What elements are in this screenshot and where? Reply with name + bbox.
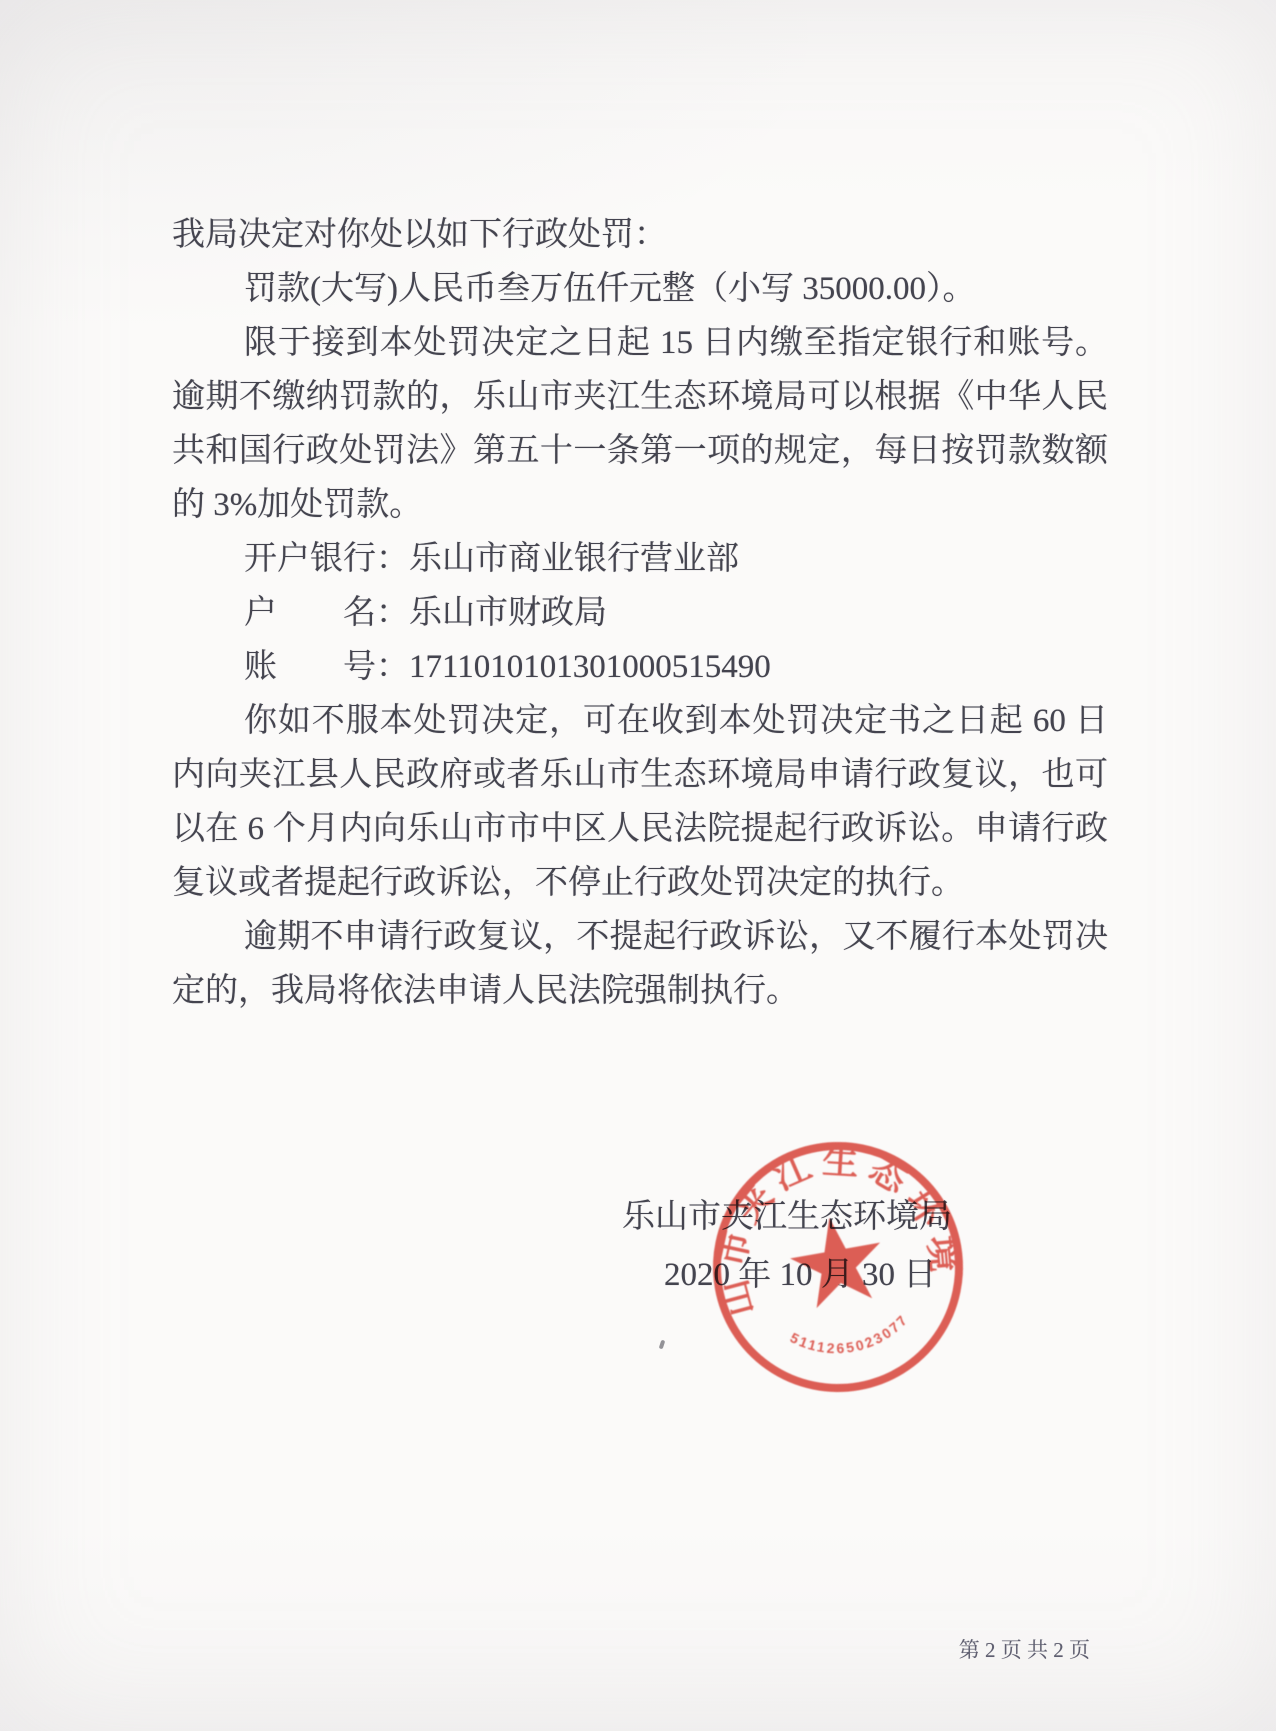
text-line: 限于接到本处罚决定之日起 15 日内缴至指定银行和账号。 [172,316,1108,370]
official-stamp-icon: 乐山市夹江生态环境局 5111265023077 [687,1116,988,1417]
text-line: 逾期不缴纳罚款的，乐山市夹江生态环境局可以根据《中华人民 [172,370,1108,424]
text-line: 账 号：1711010101301000515490 [172,640,1108,694]
scan-speck [659,1340,666,1350]
text-line: 逾期不申请行政复议，不提起行政诉讼，又不履行本处罚决 [172,910,1108,964]
text-line: 你如不服本处罚决定，可在收到本处罚决定书之日起 60 日 [172,694,1108,748]
text-line: 定的，我局将依法申请人民法院强制执行。 [172,964,1108,1018]
text-line: 以在 6 个月内向乐山市市中区人民法院提起行政诉讼。申请行政 [172,802,1108,856]
text-line: 户 名：乐山市财政局 [172,586,1108,640]
footer-page-indicator: 第 2 页 共 2 页 [959,1634,1090,1664]
scanned-document-page: 我局决定对你处以如下行政处罚：罚款(大写)人民币叁万伍仟元整（小写 35000.… [0,0,1276,1731]
stamp-star-icon [784,1210,889,1311]
text-line: 开户银行：乐山市商业银行营业部 [172,532,1108,586]
text-line: 复议或者提起行政诉讼，不停止行政处罚决定的执行。 [172,856,1108,910]
text-line: 的 3%加处罚款。 [172,478,1108,532]
stamp-code: 5111265023077 [785,1309,915,1366]
text-line: 共和国行政处罚法》第五十一条第一项的规定，每日按罚款数额 [172,424,1108,478]
text-line: 罚款(大写)人民币叁万伍仟元整（小写 35000.00）。 [172,262,1108,316]
document-body: 我局决定对你处以如下行政处罚：罚款(大写)人民币叁万伍仟元整（小写 35000.… [172,208,1108,1018]
text-line: 内向夹江县人民政府或者乐山市生态环境局申请行政复议，也可 [172,748,1108,802]
text-line: 我局决定对你处以如下行政处罚： [172,208,1108,262]
